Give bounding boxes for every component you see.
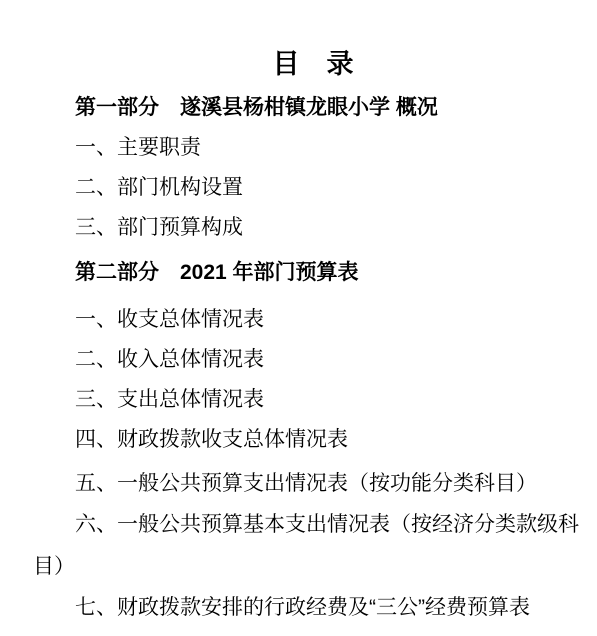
toc-item-budget-composition: 三、部门预算构成: [33, 208, 593, 248]
toc-item-duties: 一、主要职责: [33, 128, 593, 168]
document-page: 目 录 第一部分 遂溪县杨柑镇龙眼小学 概况 一、主要职责 二、部门机构设置 三…: [0, 0, 597, 636]
toc-item-expense-overview: 三、支出总体情况表: [33, 380, 593, 420]
toc-item-fiscal-allocation-overview: 四、财政拨款收支总体情况表: [33, 420, 593, 460]
toc-item-admin-sangong-budget: 七、财政拨款安排的行政经费及“三公”经费预算表: [33, 588, 593, 628]
section-2-heading: 第二部分 2021 年部门预算表: [33, 253, 593, 293]
toc-item-income-overview: 二、收入总体情况表: [33, 340, 593, 380]
section-1-heading: 第一部分 遂溪县杨柑镇龙眼小学 概况: [33, 88, 593, 128]
toc-item-public-budget-expense: 五、一般公共预算支出情况表（按功能分类科目）: [33, 464, 593, 504]
table-of-contents: 目 录 第一部分 遂溪县杨柑镇龙眼小学 概况 一、主要职责 二、部门机构设置 三…: [33, 42, 593, 628]
toc-item-public-budget-basic-expense: 六、一般公共预算基本支出情况表（按经济分类款级科 目）: [33, 504, 593, 588]
toc-title: 目 录: [33, 42, 593, 86]
toc-item-org-structure: 二、部门机构设置: [33, 168, 593, 208]
toc-item-income-expense-overview: 一、收支总体情况表: [33, 300, 593, 340]
